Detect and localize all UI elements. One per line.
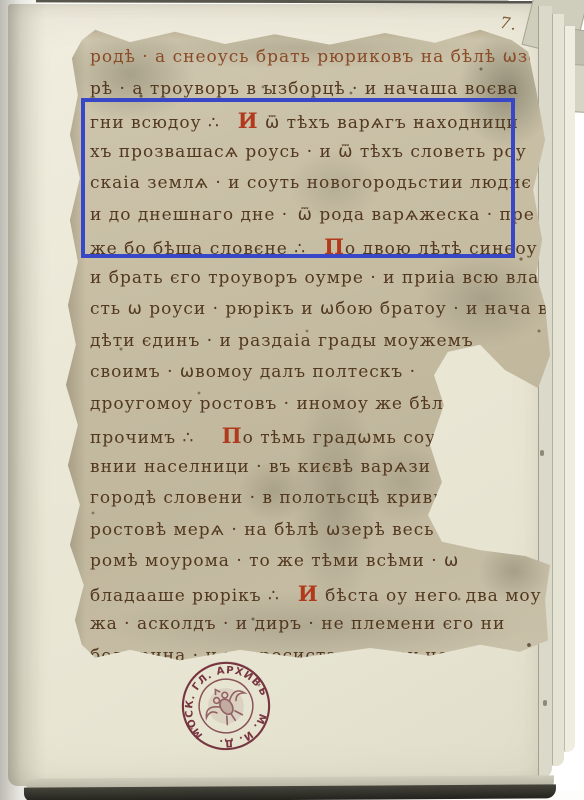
page-edge-strip bbox=[552, 14, 564, 766]
page-edge-strip bbox=[564, 26, 575, 752]
manuscript-line: ромѣ моурома · то же тѣми всѣми · ѡ bbox=[90, 546, 550, 578]
line-text: дѣти єдинъ · и раздаіа грады моужемъ bbox=[90, 331, 474, 351]
line-text: бладааше рюрікъ ∴ bbox=[90, 586, 298, 606]
line-text: родѣ · а снеоусь брать рюриковъ на бѣлѣ … bbox=[90, 47, 539, 67]
gutter-shadow bbox=[0, 0, 46, 800]
manuscript-line: бладааше рюрікъ ∴ И бѣста оу него два мо… bbox=[90, 578, 550, 610]
manuscript-line: и брать єго троуворъ оумре · и приіа всю… bbox=[90, 263, 550, 295]
folio-number: 7. bbox=[499, 13, 519, 34]
line-text: жа · асколдъ · и диръ · не племени єго н… bbox=[90, 614, 505, 634]
manuscript-line: сть ѡ роуси · рюрікъ и ѡбою братоу · и н… bbox=[90, 294, 550, 326]
manuscript-line: жа · асколдъ · и диръ · не племени єго н… bbox=[90, 609, 550, 641]
line-text: внии населници · въ києвѣ варѧзи · в но bbox=[90, 457, 491, 477]
rubric-initial: И bbox=[298, 581, 319, 606]
page-edge-mark bbox=[540, 450, 544, 456]
line-text: рѣ · а троуворъ в ызборцѣ · и начаша воє… bbox=[90, 79, 519, 99]
highlight-rectangle bbox=[81, 98, 515, 258]
line-text: дроугомоу ростовъ · иномоу же бѣло ѡ bbox=[90, 394, 477, 414]
line-text: о тѣмь градѡмь соуть bbox=[243, 428, 457, 448]
manuscript-line: родѣ · а снеоусь брать рюриковъ на бѣлѣ … bbox=[90, 42, 550, 74]
line-text: сть ѡ роуси · рюрікъ и ѡбою братоу · и н… bbox=[90, 299, 572, 319]
line-text: своимъ · ѡвомоу далъ полтескъ · bbox=[90, 362, 416, 382]
page-edge-mark bbox=[543, 700, 547, 706]
line-text: и брать єго троуворъ оумре · и приіа всю… bbox=[90, 268, 539, 288]
photo-scene: родѣ · а снеоусь брать рюриковъ на бѣлѣ … bbox=[0, 0, 584, 800]
line-text: бѣста оу него два моу bbox=[319, 586, 542, 606]
line-text: прочимъ ∴ bbox=[90, 428, 222, 448]
rubric-initial: П bbox=[222, 423, 243, 448]
line-text: городѣ словени · в полотьсцѣ кривичи · bbox=[90, 488, 483, 508]
line-text: ромѣ моурома · то же тѣми всѣми · ѡ bbox=[90, 551, 459, 571]
book-bottom-shadow bbox=[24, 784, 556, 800]
fore-edge-pages bbox=[538, 0, 584, 790]
